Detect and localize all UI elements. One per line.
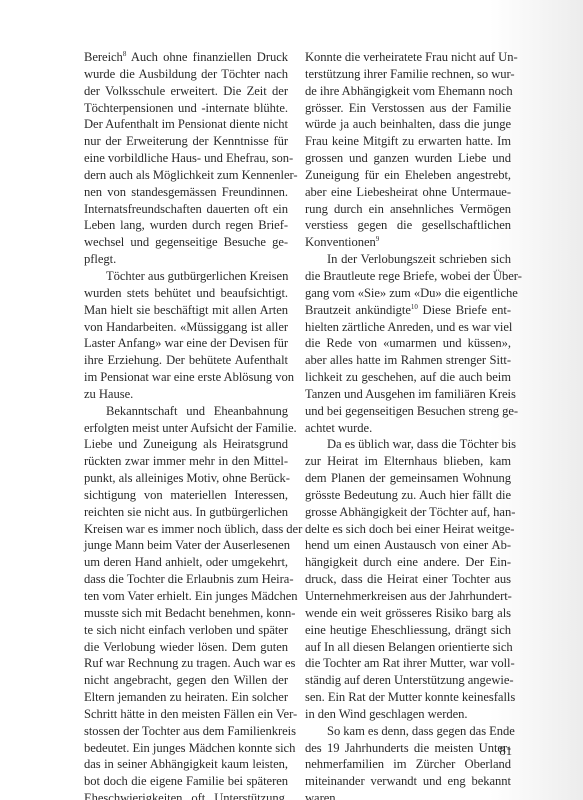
text-line: Unternehmerkreisen aus der Jahrhundert- bbox=[305, 588, 511, 605]
line-text: von Handarbeiten. «Müssiggang ist aller bbox=[84, 320, 288, 334]
line-text: Tanzen und Ausgehen im familiären Kreis bbox=[305, 387, 516, 401]
line-text: würde ja auch beinhalten, dass die junge bbox=[305, 117, 511, 131]
text-line: musste sich mit Bedacht benehmen, konn- bbox=[84, 605, 288, 622]
text-line: Leben lang, wurden durch regen Brief- bbox=[84, 217, 288, 234]
text-line: sen. Ein Rat der Mutter konnte keinesfal… bbox=[305, 689, 511, 706]
line-text: auf In all diesen Belangen orientierte s… bbox=[305, 640, 513, 654]
line-text: Töchter aus gutbürgerlichen Kreisen bbox=[106, 269, 288, 283]
footnote-marker: 10 bbox=[411, 303, 418, 311]
line-text: Internatsfreundschaften dauerten oft ein bbox=[84, 202, 288, 216]
line-text: zur Heirat im Elternhaus blieben, kam bbox=[305, 454, 511, 468]
text-line: bot doch die eigene Familie bei späteren bbox=[84, 773, 288, 790]
text-line: Töchterpensionen und -internate blühte. bbox=[84, 100, 288, 117]
text-line: punkt, als alleiniges Motiv, ohne Berück… bbox=[84, 470, 288, 487]
text-line: delte es sich doch bei einer Heirat weit… bbox=[305, 521, 511, 538]
line-text: grösser. Ein Verstossen aus der Familie bbox=[305, 101, 511, 115]
line-text: aber alles hatte im Rahmen strenger Sitt… bbox=[305, 353, 511, 367]
text-line: dern auch als Möglichkeit zum Kennenler- bbox=[84, 167, 288, 184]
line-text: der Volksschule erweitert. Die Zeit der bbox=[84, 84, 288, 98]
text-line: auf In all diesen Belangen orientierte s… bbox=[305, 639, 511, 656]
text-line: von Handarbeiten. «Müssiggang ist aller bbox=[84, 319, 288, 336]
text-line: ständig auf deren Unterstützung angewie- bbox=[305, 672, 511, 689]
text-line: rung durch ein ansehnliches Vermögen bbox=[305, 201, 511, 218]
text-line: die Verlobung wieder lösen. Dem guten bbox=[84, 639, 288, 656]
line-text: Konventionen bbox=[305, 235, 376, 249]
text-line: Konventionen9 bbox=[305, 234, 511, 251]
text-line: sichtigung von materiellen Interessen, bbox=[84, 487, 288, 504]
text-line: Der Aufenthalt im Pensionat diente nicht bbox=[84, 116, 288, 133]
line-text: verstiess gegen die gesellschaftlichen bbox=[305, 218, 511, 232]
text-line: Man hielt sie beschäftigt mit allen Arte… bbox=[84, 302, 288, 319]
text-line: die Brautleute rege Briefe, wobei der Üb… bbox=[305, 268, 511, 285]
line-text: pflegt. bbox=[84, 252, 116, 266]
text-line: nehmerfamilien im Zürcher Oberland bbox=[305, 756, 511, 773]
line-text: das in seiner Abhängigkeit kaum leisten, bbox=[84, 757, 288, 771]
text-line: reichten sie nicht aus. In gutbürgerlich… bbox=[84, 504, 288, 521]
line-text: die Brautleute rege Briefe, wobei der Üb… bbox=[305, 269, 522, 283]
text-line: Kreisen war es immer noch üblich, dass d… bbox=[84, 521, 288, 538]
line-text: Schritt hätte in den meisten Fällen ein … bbox=[84, 707, 297, 721]
line-text: stossen der Tochter aus dem Familienkrei… bbox=[84, 724, 296, 738]
line-text: dem Planen der gemeinsamen Wohnung bbox=[305, 471, 511, 485]
text-line: dem Planen der gemeinsamen Wohnung bbox=[305, 470, 511, 487]
text-line: pflegt. bbox=[84, 251, 288, 268]
text-line: wechsel und gegenseitige Besuche ge- bbox=[84, 234, 288, 251]
line-text: wende ein weit grösseres Risiko barg als bbox=[305, 606, 511, 620]
line-text: terstützung ihrer Familie rechnen, so wu… bbox=[305, 67, 515, 81]
line-text: rückten zwar immer mehr in den Mittel- bbox=[84, 454, 288, 468]
line-text-continued: Diese Briefe ent- bbox=[418, 303, 511, 317]
line-text: die Verlobung wieder lösen. Dem guten bbox=[84, 640, 288, 654]
text-line: Brautzeit ankündigte10 Diese Briefe ent- bbox=[305, 302, 511, 319]
line-text: wechsel und gegenseitige Besuche ge- bbox=[84, 235, 288, 249]
line-text: reichten sie nicht aus. In gutbürgerlich… bbox=[84, 505, 288, 519]
text-line: der Volksschule erweitert. Die Zeit der bbox=[84, 83, 288, 100]
line-text: hängigkeit durch eine andere. Der Ein- bbox=[305, 555, 511, 569]
line-text: wurde die Ausbildung der Töchter nach bbox=[84, 67, 288, 81]
line-text: de ihre Abhängigkeit vom Ehemann noch bbox=[305, 84, 513, 98]
text-line: grosse Abhängigkeit der Töchter auf, han… bbox=[305, 504, 511, 521]
text-line: Frau keine Mitgift zu erwarten hatte. Im bbox=[305, 133, 511, 150]
line-text: Ruf war Rechnung zu tragen. Auch war es bbox=[84, 656, 295, 670]
text-line: terstützung ihrer Familie rechnen, so wu… bbox=[305, 66, 511, 83]
text-line: wende ein weit grösseres Risiko barg als bbox=[305, 605, 511, 622]
text-line: zur Heirat im Elternhaus blieben, kam bbox=[305, 453, 511, 470]
text-line: Konnte die verheiratete Frau nicht auf U… bbox=[305, 49, 511, 66]
text-line: das in seiner Abhängigkeit kaum leisten, bbox=[84, 756, 288, 773]
line-text: lichkeit zu geschehen, auf die auch beim bbox=[305, 370, 511, 384]
line-text: sichtigung von materiellen Interessen, bbox=[84, 488, 288, 502]
line-text: miteinander verwandt und eng bekannt bbox=[305, 774, 511, 788]
text-line: Eltern jemanden zu heiraten. Ein solcher bbox=[84, 689, 288, 706]
line-text: Bekanntschaft und Eheanbahnung bbox=[106, 404, 288, 418]
text-line: rückten zwar immer mehr in den Mittel- bbox=[84, 453, 288, 470]
line-text: aber eine Liebesheirat ohne Untermaue- bbox=[305, 185, 511, 199]
line-text: Bereich bbox=[84, 50, 123, 64]
line-text: des 19 Jahrhunderts die meisten Unter- bbox=[305, 741, 511, 755]
text-line: Zuneigung für ein Eheleben angestrebt, bbox=[305, 167, 511, 184]
line-text: Zuneigung für ein Eheleben angestrebt, bbox=[305, 168, 511, 182]
line-text: eine vorbildliche Haus- und Ehefrau, son… bbox=[84, 151, 293, 165]
line-text: rung durch ein ansehnliches Vermögen bbox=[305, 202, 511, 216]
text-line: waren. bbox=[305, 790, 511, 800]
text-line: bedeutet. Ein junges Mädchen konnte sich bbox=[84, 740, 288, 757]
line-text: die Rede von «umarmen und küssen», bbox=[305, 336, 511, 350]
line-text: wurden stets behütet und beaufsichtigt. bbox=[84, 286, 288, 300]
text-line: aber eine Liebesheirat ohne Untermaue- bbox=[305, 184, 511, 201]
page-number: 81 bbox=[490, 744, 512, 759]
text-line: grösser. Ein Verstossen aus der Familie bbox=[305, 100, 511, 117]
text-line: ten vom Vater erhielt. Ein junges Mädche… bbox=[84, 588, 288, 605]
text-line: eine vorbildliche Haus- und Ehefrau, son… bbox=[84, 150, 288, 167]
line-text: grossen und ganzen wurden Liebe und bbox=[305, 151, 511, 165]
line-text: dern auch als Möglichkeit zum Kennenler- bbox=[84, 168, 298, 182]
line-text: achtet wurde. bbox=[305, 421, 372, 435]
line-text: Laster Anfang» war eine der Devisen für bbox=[84, 336, 288, 350]
text-line: nur der Erweiterung der Kenntnisse für bbox=[84, 133, 288, 150]
text-line: Tanzen und Ausgehen im familiären Kreis bbox=[305, 386, 511, 403]
line-text: grosse Abhängigkeit der Töchter auf, han… bbox=[305, 505, 515, 519]
text-line: des 19 Jahrhunderts die meisten Unter- bbox=[305, 740, 511, 757]
text-line: wurden stets behütet und beaufsichtigt. bbox=[84, 285, 288, 302]
line-text: Eltern jemanden zu heiraten. Ein solcher bbox=[84, 690, 288, 704]
text-line: gang vom «Sie» zum «Du» die eigentliche bbox=[305, 285, 511, 302]
line-text-continued: Auch ohne finanziellen Druck bbox=[126, 50, 288, 64]
text-line: Ruf war Rechnung zu tragen. Auch war es bbox=[84, 655, 288, 672]
line-text: die Tochter am Rat ihrer Mutter, war vol… bbox=[305, 656, 515, 670]
line-text: bot doch die eigene Familie bei späteren bbox=[84, 774, 288, 788]
text-line: hend um einen Austausch von einer Ab- bbox=[305, 537, 511, 554]
text-line: die Rede von «umarmen und küssen», bbox=[305, 335, 511, 352]
text-line: Bekanntschaft und Eheanbahnung bbox=[84, 403, 288, 420]
text-line: So kam es denn, dass gegen das Ende bbox=[305, 723, 511, 740]
line-text: delte es sich doch bei einer Heirat weit… bbox=[305, 522, 514, 536]
text-line: miteinander verwandt und eng bekannt bbox=[305, 773, 511, 790]
text-line: Da es üblich war, dass die Töchter bis bbox=[305, 436, 511, 453]
text-line: Liebe und Zuneigung als Heiratsgrund bbox=[84, 436, 288, 453]
text-line: te sich nicht einfach verloben und späte… bbox=[84, 622, 288, 639]
line-text: punkt, als alleiniges Motiv, ohne Berück… bbox=[84, 471, 290, 485]
line-text: hend um einen Austausch von einer Ab- bbox=[305, 538, 511, 552]
text-line: verstiess gegen die gesellschaftlichen bbox=[305, 217, 511, 234]
line-text: erfolgten meist unter Aufsicht der Famil… bbox=[84, 421, 297, 435]
line-text: sen. Ein Rat der Mutter konnte keinesfal… bbox=[305, 690, 515, 704]
text-line: Schritt hätte in den meisten Fällen ein … bbox=[84, 706, 288, 723]
text-line: druck, dass die Heirat einer Tochter aus bbox=[305, 571, 511, 588]
text-line: hängigkeit durch eine andere. Der Ein- bbox=[305, 554, 511, 571]
line-text: nen von standesgemässen Freundinnen. bbox=[84, 185, 288, 199]
line-text: ständig auf deren Unterstützung angewie- bbox=[305, 673, 514, 687]
book-page: Bereich8 Auch ohne finanziellen Druckwur… bbox=[0, 0, 583, 800]
text-line: grösste Bedeutung zu. Auch hier fällt di… bbox=[305, 487, 511, 504]
text-line: Internatsfreundschaften dauerten oft ein bbox=[84, 201, 288, 218]
line-text: ihre Erziehung. Der behütete Aufenthalt bbox=[84, 353, 288, 367]
text-line: Eheschwierigkeiten oft Unterstützung. bbox=[84, 790, 288, 800]
line-text: Man hielt sie beschäftigt mit allen Arte… bbox=[84, 303, 288, 317]
text-line: Laster Anfang» war eine der Devisen für bbox=[84, 335, 288, 352]
line-text: Liebe und Zuneigung als Heiratsgrund bbox=[84, 437, 288, 451]
text-line: in den Wind geschlagen werden. bbox=[305, 706, 511, 723]
line-text: nur der Erweiterung der Kenntnisse für bbox=[84, 134, 288, 148]
text-line: achtet wurde. bbox=[305, 420, 511, 437]
text-line: nen von standesgemässen Freundinnen. bbox=[84, 184, 288, 201]
line-text: Kreisen war es immer noch üblich, dass d… bbox=[84, 522, 302, 536]
text-line: nicht angebracht, gegen den Willen der bbox=[84, 672, 288, 689]
line-text: musste sich mit Bedacht benehmen, konn- bbox=[84, 606, 295, 620]
text-line: wurde die Ausbildung der Töchter nach bbox=[84, 66, 288, 83]
line-text: nehmerfamilien im Zürcher Oberland bbox=[305, 757, 511, 771]
line-text: Frau keine Mitgift zu erwarten hatte. Im bbox=[305, 134, 511, 148]
line-text: In der Verlobungszeit schrieben sich bbox=[327, 252, 511, 266]
line-text: Eheschwierigkeiten oft Unterstützung. bbox=[84, 791, 288, 800]
line-text: gang vom «Sie» zum «Du» die eigentliche bbox=[305, 286, 518, 300]
text-line: die Tochter am Rat ihrer Mutter, war vol… bbox=[305, 655, 511, 672]
line-text: grösste Bedeutung zu. Auch hier fällt di… bbox=[305, 488, 511, 502]
line-text: zu Hause. bbox=[84, 387, 133, 401]
text-column-right: Konnte die verheiratete Frau nicht auf U… bbox=[305, 49, 511, 800]
text-line: eine heutige Eheschliessung, drängt sich bbox=[305, 622, 511, 639]
line-text: Unternehmerkreisen aus der Jahrhundert- bbox=[305, 589, 512, 603]
text-line: ihre Erziehung. Der behütete Aufenthalt bbox=[84, 352, 288, 369]
text-line: und bei gegenseitigen Besuchen streng ge… bbox=[305, 403, 511, 420]
text-line: Bereich8 Auch ohne finanziellen Druck bbox=[84, 49, 288, 66]
text-line: um deren Hand anhielt, oder umgekehrt, bbox=[84, 554, 288, 571]
line-text: So kam es denn, dass gegen das Ende bbox=[327, 724, 515, 738]
line-text: eine heutige Eheschliessung, drängt sich bbox=[305, 623, 511, 637]
text-line: erfolgten meist unter Aufsicht der Famil… bbox=[84, 420, 288, 437]
text-line: lichkeit zu geschehen, auf die auch beim bbox=[305, 369, 511, 386]
line-text: druck, dass die Heirat einer Tochter aus bbox=[305, 572, 511, 586]
line-text: te sich nicht einfach verloben und späte… bbox=[84, 623, 288, 637]
text-line: grossen und ganzen wurden Liebe und bbox=[305, 150, 511, 167]
text-line: würde ja auch beinhalten, dass die junge bbox=[305, 116, 511, 133]
line-text: Da es üblich war, dass die Töchter bis bbox=[327, 437, 516, 451]
line-text: um deren Hand anhielt, oder umgekehrt, bbox=[84, 555, 288, 569]
line-text: waren. bbox=[305, 791, 339, 800]
text-line: hielten zärtliche Anreden, und es war vi… bbox=[305, 319, 511, 336]
text-line: Töchter aus gutbürgerlichen Kreisen bbox=[84, 268, 288, 285]
text-line: aber alles hatte im Rahmen strenger Sitt… bbox=[305, 352, 511, 369]
text-line: zu Hause. bbox=[84, 386, 288, 403]
text-column-left: Bereich8 Auch ohne finanziellen Druckwur… bbox=[84, 49, 288, 800]
line-text: in den Wind geschlagen werden. bbox=[305, 707, 467, 721]
text-line: dass die Tochter die Erlaubnis zum Heira… bbox=[84, 571, 288, 588]
text-line: In der Verlobungszeit schrieben sich bbox=[305, 251, 511, 268]
line-text: ten vom Vater erhielt. Ein junges Mädche… bbox=[84, 589, 298, 603]
line-text: Töchterpensionen und -internate blühte. bbox=[84, 101, 288, 115]
line-text: junge Mann beim Vater der Auserlesenen bbox=[84, 538, 290, 552]
line-text: Leben lang, wurden durch regen Brief- bbox=[84, 218, 288, 232]
line-text: Konnte die verheiratete Frau nicht auf U… bbox=[305, 50, 518, 64]
line-text: Brautzeit ankündigte bbox=[305, 303, 411, 317]
line-text: dass die Tochter die Erlaubnis zum Heira… bbox=[84, 572, 293, 586]
line-text: bedeutet. Ein junges Mädchen konnte sich bbox=[84, 741, 295, 755]
line-text: Der Aufenthalt im Pensionat diente nicht bbox=[84, 117, 288, 131]
line-text: und bei gegenseitigen Besuchen streng ge… bbox=[305, 404, 518, 418]
text-line: junge Mann beim Vater der Auserlesenen bbox=[84, 537, 288, 554]
line-text: nicht angebracht, gegen den Willen der bbox=[84, 673, 288, 687]
line-text: im Pensionat war eine erste Ablösung von bbox=[84, 370, 294, 384]
line-text: hielten zärtliche Anreden, und es war vi… bbox=[305, 320, 512, 334]
text-line: stossen der Tochter aus dem Familienkrei… bbox=[84, 723, 288, 740]
text-line: im Pensionat war eine erste Ablösung von bbox=[84, 369, 288, 386]
text-line: de ihre Abhängigkeit vom Ehemann noch bbox=[305, 83, 511, 100]
footnote-marker: 9 bbox=[376, 235, 379, 243]
